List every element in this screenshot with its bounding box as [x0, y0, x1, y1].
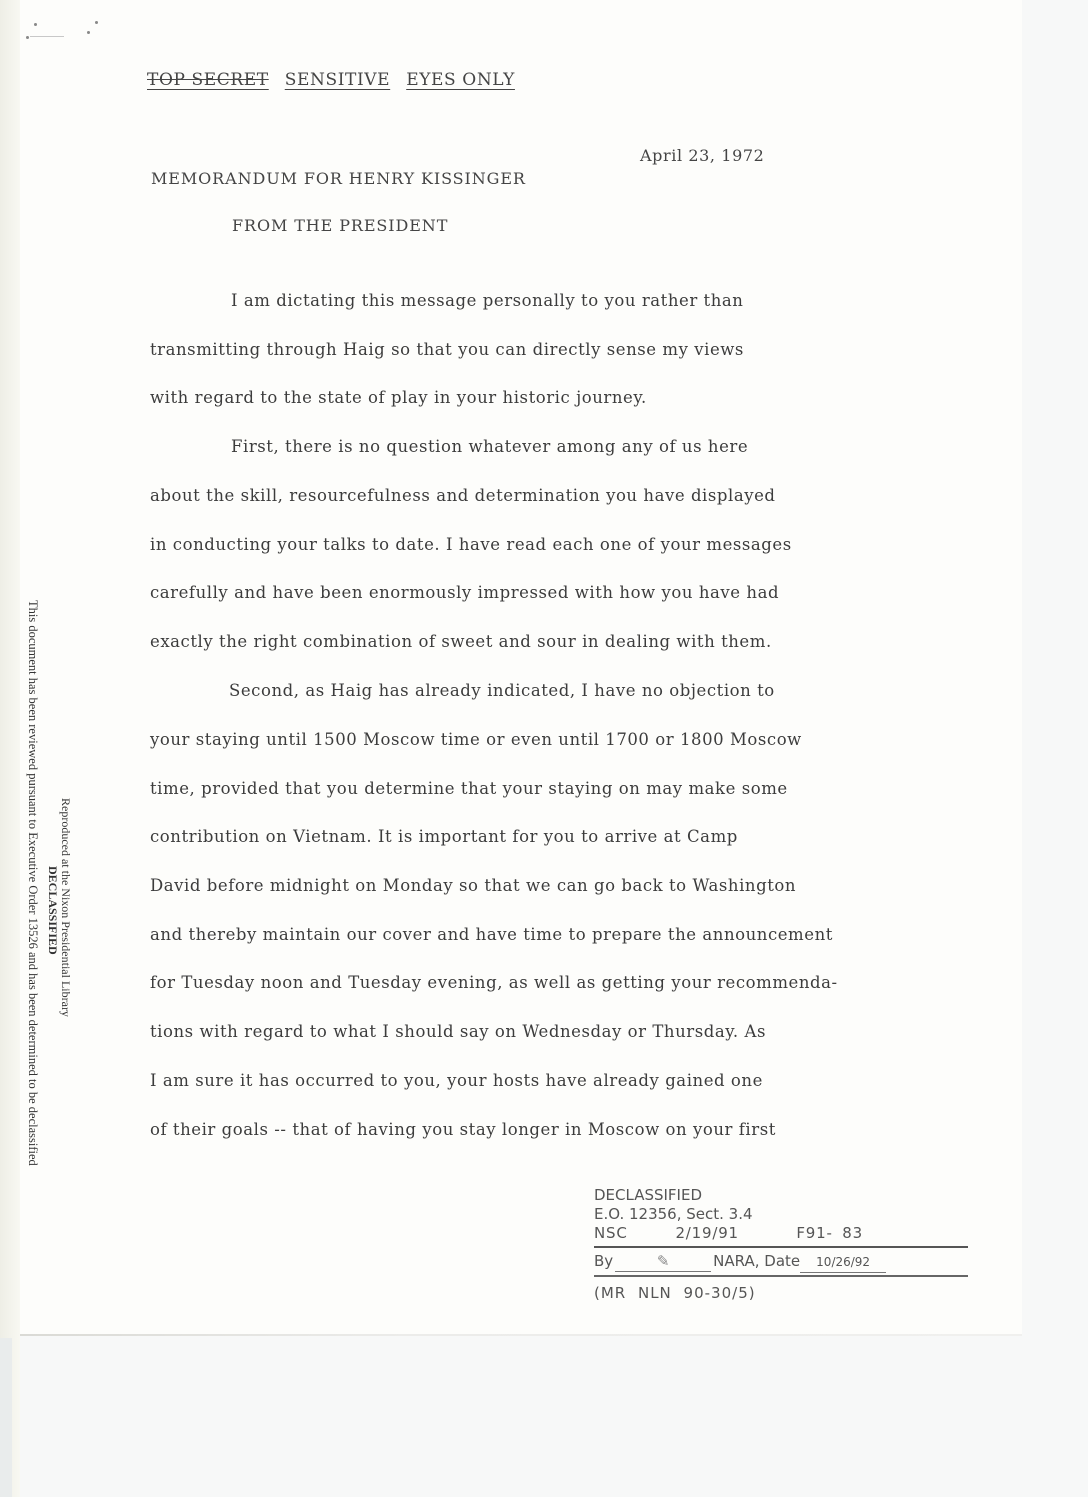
memo-sender: FROM THE PRESIDENT [232, 216, 448, 235]
stamp-nara-date: 10/26/92 [800, 1253, 886, 1273]
margin-stamp-review-line: This document has been reviewed pursuant… [25, 600, 40, 1166]
stamp-case-number: F91- 83 [796, 1224, 863, 1242]
classification-eyes-only: EYES ONLY [406, 70, 515, 90]
body-line: I am dictating this message personally t… [231, 291, 743, 310]
stamp-reference: (MR NLN 90-30/5) [594, 1284, 974, 1303]
scan-mark [30, 36, 64, 37]
declassification-stamp: DECLASSIFIED E.O. 12356, Sect. 3.4 NSC 2… [594, 1186, 974, 1303]
scan-speck [87, 31, 90, 34]
body-line: and thereby maintain our cover and have … [150, 925, 833, 944]
body-line: David before midnight on Monday so that … [150, 876, 796, 895]
margin-stamp-library: Reproduced at the Nixon Presidential Lib… [58, 798, 73, 1017]
classification-marking: TOP SECRET SENSITIVE EYES ONLY [147, 70, 525, 90]
body-line: Second, as Haig has already indicated, I… [229, 681, 775, 700]
scan-speck [34, 23, 37, 26]
body-line: I am sure it has occurred to you, your h… [150, 1071, 763, 1090]
stamp-agency: NSC [594, 1224, 628, 1242]
body-line: in conducting your talks to date. I have… [150, 535, 792, 554]
stamp-nsc-row: NSC 2/19/91 F91- 83 [594, 1224, 968, 1248]
stamp-agency-date: 2/19/91 [675, 1224, 738, 1242]
body-line: contribution on Vietnam. It is important… [150, 827, 738, 846]
scan-left-strip [0, 0, 20, 1497]
margin-declassification-stamp: This document has been reviewed pursuant… [26, 600, 86, 1260]
body-line: carefully and have been enormously impre… [150, 583, 779, 602]
stamp-by-row: By✎NARA, Date10/26/92 [594, 1252, 968, 1277]
scan-speck [95, 21, 98, 24]
page-bottom-edge [0, 1334, 1022, 1336]
body-line: transmitting through Haig so that you ca… [150, 340, 744, 359]
scan-left-strip-lower [0, 1338, 12, 1497]
body-line: First, there is no question whatever amo… [231, 437, 748, 456]
body-line: time, provided that you determine that y… [150, 779, 788, 798]
classification-sensitive: SENSITIVE [285, 70, 390, 90]
body-line: exactly the right combination of sweet a… [150, 632, 772, 651]
struck-classification: TOP SECRET [147, 70, 269, 90]
body-line: of their goals -- that of having you sta… [150, 1120, 776, 1139]
stamp-title: DECLASSIFIED [594, 1186, 974, 1205]
signature-initials-icon: ✎ [615, 1252, 711, 1272]
scan-speck [26, 36, 29, 39]
memo-recipient: MEMORANDUM FOR HENRY KISSINGER [151, 169, 526, 188]
body-line: tions with regard to what I should say o… [150, 1022, 766, 1041]
body-line: with regard to the state of play in your… [150, 388, 647, 407]
stamp-authority: E.O. 12356, Sect. 3.4 [594, 1205, 974, 1224]
stamp-nara-label: NARA, Date [713, 1252, 800, 1270]
body-line: your staying until 1500 Moscow time or e… [150, 730, 802, 749]
memo-date: April 23, 1972 [640, 146, 764, 165]
body-line: for Tuesday noon and Tuesday evening, as… [150, 973, 838, 992]
body-line: about the skill, resourcefulness and det… [150, 486, 776, 505]
stamp-by-label: By [594, 1252, 613, 1270]
